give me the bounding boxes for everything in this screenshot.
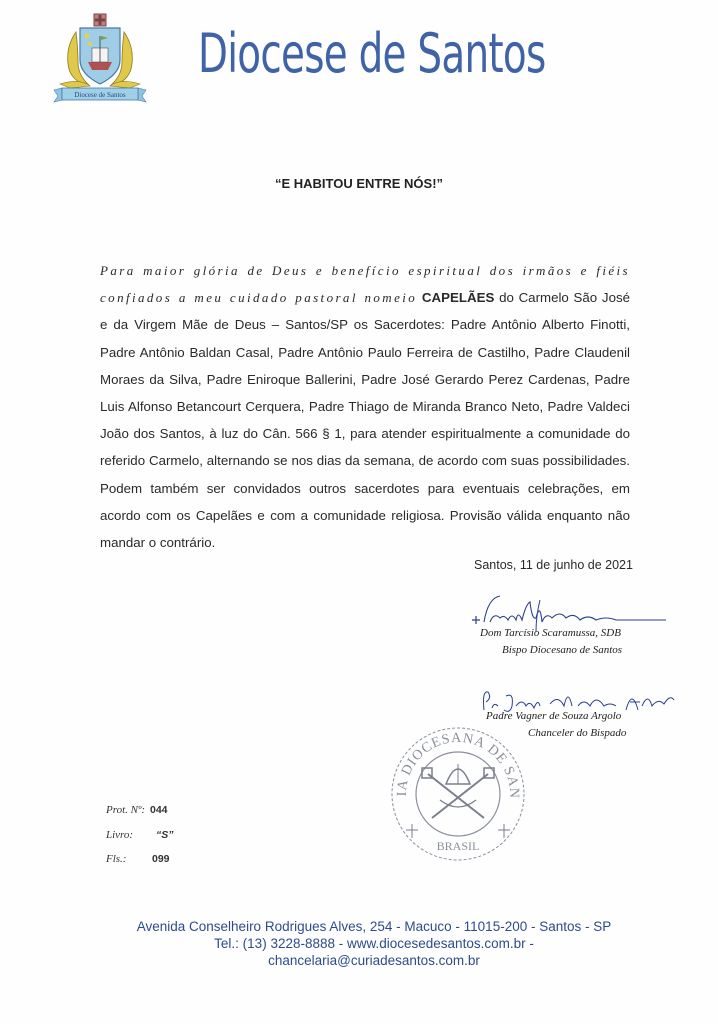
date-line: Santos, 11 de junho de 2021 — [474, 558, 633, 572]
registry-book-label: Livro: — [106, 829, 133, 841]
signatory-2-title: Chanceler do Bispado — [528, 727, 626, 739]
body-bold-keyword: CAPELÃES — [422, 290, 494, 305]
registry-protocol: Prot. Nº: 044 — [106, 804, 145, 816]
signatory-1-name: Dom Tarcísio Scaramussa, SDB — [480, 627, 621, 639]
brand-title: Diocese de Santos — [198, 22, 546, 85]
signatory-1-title: Bispo Diocesano de Santos — [502, 644, 622, 656]
appointment-body: Para maior glória de Deus e benefício es… — [100, 257, 630, 556]
registry-pages: Fls.: 099 — [106, 853, 126, 865]
body-remainder: do Carmelo São José e da Virgem Mãe de D… — [100, 290, 630, 550]
curia-seal-stamp: CURIA DIOCESANA DE SANTOS BRASIL — [384, 724, 532, 862]
footer-phone-website: Tel.: (13) 3228-8888 - www.diocesedesant… — [30, 935, 718, 952]
bishop-signature — [470, 592, 690, 632]
signatory-2-name: Padre Vagner de Souza Argolo — [486, 710, 621, 722]
footer-email: chancelaria@curiadesantos.com.br — [30, 952, 718, 969]
registry-book: Livro: “S” — [106, 829, 133, 841]
document-page: Diocese de Santos Diocese de Santos “E H… — [0, 0, 718, 1024]
svg-text:BRASIL: BRASIL — [437, 839, 480, 853]
footer-address: Avenida Conselheiro Rodrigues Alves, 254… — [30, 918, 718, 935]
diocese-crest-logo: Diocese de Santos — [50, 12, 150, 104]
svg-text:CURIA DIOCESANA DE SANTOS: CURIA DIOCESANA DE SANTOS — [384, 724, 521, 799]
registry-book-value: “S” — [156, 829, 174, 841]
svg-text:Diocese de Santos: Diocese de Santos — [74, 91, 126, 99]
registry-pages-label: Fls.: — [106, 853, 126, 865]
registry-protocol-label: Prot. Nº: — [106, 804, 145, 816]
footer-contact: Avenida Conselheiro Rodrigues Alves, 254… — [0, 918, 718, 969]
registry-protocol-value: 044 — [150, 804, 168, 816]
motto-heading: “E HABITOU ENTRE NÓS!” — [0, 176, 718, 191]
registry-pages-value: 099 — [152, 853, 170, 865]
